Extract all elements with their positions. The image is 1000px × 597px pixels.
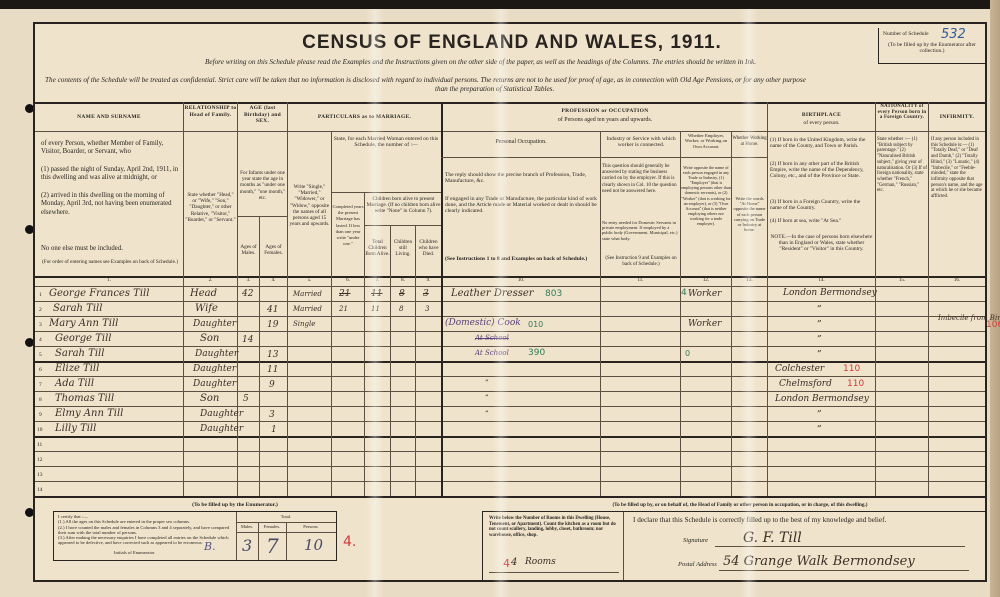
declaration-box: Write below the Number of Rooms in this … [482,511,986,581]
name-desc: (For order of entering names see Example… [39,259,181,265]
employer-label: Whether Employer, Worker, or Working on … [681,133,731,149]
header-age: AGE (last Birthday) and SEX. [238,105,287,125]
person-name: Elize Till [55,363,99,374]
infirmity-desc: If any person included in this Schedule … [931,137,983,200]
occupation-code: 390 [528,348,545,358]
age-female-value: 3 [269,410,275,420]
column-number: 11. [601,278,680,283]
occupation-ditto: ” [485,379,489,387]
row-number: 11 [37,442,42,448]
header-occupation: PROFESSION or OCCUPATION [442,108,768,115]
certify-line: (2.) I have counted the males and female… [58,525,233,536]
total-females: 7 [266,534,279,558]
column-number: 15. [876,278,928,283]
header-infirmity: INFIRMITY. [929,114,985,121]
occupation-code: 803 [545,289,562,299]
header-name: NAME AND SURNAME [35,114,183,121]
person-name: George Frances Till [49,288,149,299]
employer-code: 4 [681,288,687,298]
age-rule [237,216,287,217]
enumerator-heading: (To be filled up by the Enumerator.) [135,502,335,509]
birthplace-desc: (3) If born in a Foreign Country, write … [770,199,873,211]
column-number: 10. [442,278,600,283]
enumerator-certificate-box: I certify that :— (1.) All the ages on t… [53,511,337,561]
row-number: 12 [37,457,43,463]
females-label: Females. [258,524,286,530]
marital-condition-value: Married [293,305,322,313]
age-female-value: 41 [267,305,278,315]
paper-fold [492,9,510,597]
col-rule [415,225,416,496]
age-female-value: 11 [267,365,278,375]
column-number: 5. [288,278,331,283]
relationship-value: Son [200,393,219,404]
person-name: Thomas Till [55,393,114,404]
row-rule [35,481,985,482]
name-desc: of every Person, whether Member of Famil… [41,140,181,157]
relationship-value: Head [190,288,217,299]
infirmity-code: 106 [986,320,1000,330]
relationship-value: Daughter [193,379,236,389]
person-name: George Till [55,333,111,344]
birthplace-value: ” [817,410,822,420]
scan-top-edge [0,0,1000,9]
personal-occ-desc: (See Instructions 1 to 8 and Examples on… [445,256,598,262]
row-number: 8 [39,397,42,403]
header-top-rule [35,102,985,104]
column-number: 14. [768,278,875,283]
row-rule [35,346,985,347]
row-rule [35,421,985,422]
marriage-condition-desc: Write "Single," "Married," "Widower," or… [288,184,331,227]
column-number: 2. [184,278,237,283]
birthplace-code: 110 [847,379,864,389]
children-died-value: 3 [425,305,429,313]
person-name: Lilly Till [55,423,96,434]
row-rule [35,436,985,438]
row-rule [35,331,985,332]
name-desc: (2) arrived in this dwelling on the morn… [41,192,181,217]
column-number-rule-2 [35,286,985,287]
industry-desc: (See Instruction 9 and Examples on back … [602,256,680,268]
col-rule [183,102,184,496]
personal-occ-desc: The reply should show the precise branch… [445,172,598,184]
col-rule [259,216,260,496]
occupation-ditto: ” [485,410,489,418]
persons-label: Persons. [286,524,336,530]
column-number: 8. [391,278,415,283]
col-rule [928,102,929,496]
paper-fold [366,9,384,597]
birthplace-value: ” [817,425,822,435]
schedule-number: 532 [941,27,966,42]
col-rule [364,192,365,496]
row-rule [35,376,985,377]
col-rule [287,102,288,496]
row-rule [35,451,985,452]
row-rule [35,406,985,407]
marital-condition-value: Married [293,290,322,298]
initials-label: Initials of Enumerator [114,550,155,556]
employer-code: 0 [685,349,690,358]
total-label: Total. [236,514,336,520]
birthplace-desc: (1) If born in the United Kingdom, write… [770,137,873,149]
age-female-value: 19 [267,320,278,330]
age-female-value: 1 [271,425,277,435]
relationship-value: Daughter [200,409,243,419]
schedule-number-label: Number of Schedule [883,31,929,37]
col-rule [390,225,391,496]
declaration-text: I declare that this Schedule is correctl… [633,517,886,523]
red-annotation: 4. [343,534,356,550]
column-number: 6. [332,278,364,283]
birthplace-desc: NOTE.—In the case of persons born elsewh… [770,234,873,253]
children-living-value: 8 [399,289,405,299]
birthplace-code: 110 [843,364,860,374]
column-number: 4. [260,278,287,283]
age-males-label: Ages of Males. [238,244,259,256]
row-number: 3 [39,322,42,328]
row-rule [35,301,985,302]
paper-fold [740,9,758,597]
birthplace-value: ” [817,335,822,345]
birthplace-subheader: of every person. [768,120,875,126]
signature-label: Signature [683,538,708,544]
birthplace-value: Colchester [775,364,824,374]
relationship-value: Daughter [193,319,236,329]
name-desc: (1) passed the night of Sunday, April 2n… [41,166,181,183]
birthplace-desc: (4) If born at sea, write "At Sea." [770,218,873,224]
row-rule [35,361,985,363]
employer-status-value: Worker [688,319,721,329]
rooms-label: Rooms [525,557,556,567]
birthplace-value: Chelmsford [779,379,832,389]
row-number: 10 [37,427,43,433]
box-rule [623,512,624,580]
box-rule [236,522,336,523]
row-number: 5 [39,352,42,358]
relationship-value: Daughter [195,349,238,359]
col-rule [441,102,443,496]
instruction-line: Before writing on this Schedule please r… [205,58,756,66]
relationship-value: Daughter [193,364,236,374]
children-died-value: 3 [423,289,429,299]
relationship-value: Son [200,333,219,344]
box-rule [236,532,336,533]
column-number: 9. [416,278,441,283]
marriage-rule [331,192,441,193]
birthplace-value: ” [817,350,822,360]
col-rule [767,102,768,496]
enumerator-initials: B. [204,540,216,553]
relationship-desc: State whether "Head," or "Wife," "Son," … [185,192,236,223]
employer-desc: Write opposite the name of each person e… [681,165,731,226]
row-number: 1 [39,292,42,298]
age-male-value: 14 [242,335,253,345]
person-name: Sarah Till [55,348,104,359]
birthplace-value: London Bermondsey [783,288,877,298]
rooms-value: 4 [511,557,517,568]
industry-desc: This question should generally be answer… [602,164,680,195]
age-female-value: 13 [267,350,278,360]
children-living-label: Children still Living. [391,239,415,258]
row-rule [35,466,985,467]
person-name: Sarah Till [53,303,102,314]
header-marriage: PARTICULARS as to MARRIAGE. [288,114,441,121]
birthplace-value: ” [817,305,822,315]
schedule-number-box: Number of Schedule 532 (To be filled up … [878,28,985,64]
row-number: 14 [37,487,43,493]
married-woman-desc: State, for each Married Woman entered on… [333,136,439,148]
children-living-value: 8 [399,305,403,313]
row-rule [35,391,985,392]
occupation-ditto: ” [485,394,489,402]
column-number: 1. [35,278,183,283]
age-male-value: 42 [242,289,253,299]
occupation-code: 010 [528,320,543,329]
years-married-desc: Completed years the present Marriage has… [332,204,364,247]
header-birthplace: BIRTHPLACE [768,112,875,119]
confidential-line: The contents of the Schedule will be tre… [45,76,806,84]
relationship-value: Daughter [200,424,243,434]
census-schedule: CENSUS OF ENGLAND AND WALES, 1911. Befor… [33,22,987,582]
header-nationality: NATIONALITY of every Person born in a Fo… [876,104,928,121]
row-rule [35,316,985,317]
row-number: 7 [39,382,42,388]
row-number: 2 [39,307,42,313]
age-females-label: Ages of Females. [260,244,287,256]
birthplace-value: ” [817,320,822,330]
marital-condition-value: Single [293,320,315,328]
birthplace-value: London Bermondsey [775,394,869,404]
males-label: Males. [236,524,258,530]
person-name: Elmy Ann Till [55,408,123,419]
header-rule [35,131,985,132]
children-died-label: Children who have Died. [416,239,441,258]
occupation-subheader: of Persons aged ten years and upwards. [442,117,768,123]
row-number: 13 [37,472,43,478]
col-rule [237,102,238,496]
name-desc: No one else must be included. [41,245,181,253]
column-number: 16. [929,278,985,283]
column-number: 12. [681,278,731,283]
table-bottom-rule [35,496,985,498]
row-number: 4 [39,337,42,343]
employer-status-value: Worker [688,289,721,299]
total-males: 3 [242,536,252,555]
column-number: 3. [238,278,259,283]
schedule-number-note: (To be filled up by the Enumerator after… [883,42,981,54]
col-rule [875,102,876,496]
nationality-desc: State whether :— (1) "British subject by… [877,137,927,194]
years-married-value: 21 [339,289,350,299]
row-number: 9 [39,412,42,418]
birthplace-desc: (2) If born in any other part of the Bri… [770,161,873,180]
row-number: 6 [39,367,42,373]
years-married-value: 21 [339,305,348,313]
personal-occupation-label: Personal Occupation. [442,139,600,145]
col-rule [731,131,732,496]
personal-occ-desc: If engaged in any Trade or Manufacture, … [445,196,598,215]
document-title: CENSUS OF ENGLAND AND WALES, 1911. [35,32,989,54]
address-label: Postal Address [678,562,717,568]
total-persons: 10 [304,536,323,554]
age-female-value: 9 [269,380,275,390]
relationship-value: Wife [195,303,218,314]
header-relationship: RELATIONSHIP to Head of Family. [184,105,237,118]
person-name: Mary Ann Till [49,318,118,329]
industry-label: Industry or Service with which worker is… [602,136,680,148]
age-desc: For Infants under one year state the age… [238,170,287,201]
industry-desc: No entry needed for Domestic Servants in… [602,220,680,241]
occupation-rule [441,157,767,158]
col-rule [600,131,601,496]
col-rule [331,131,332,496]
scan-right-edge [990,0,1000,597]
person-name: Ada Till [55,378,94,389]
age-male-value: 5 [243,394,249,404]
